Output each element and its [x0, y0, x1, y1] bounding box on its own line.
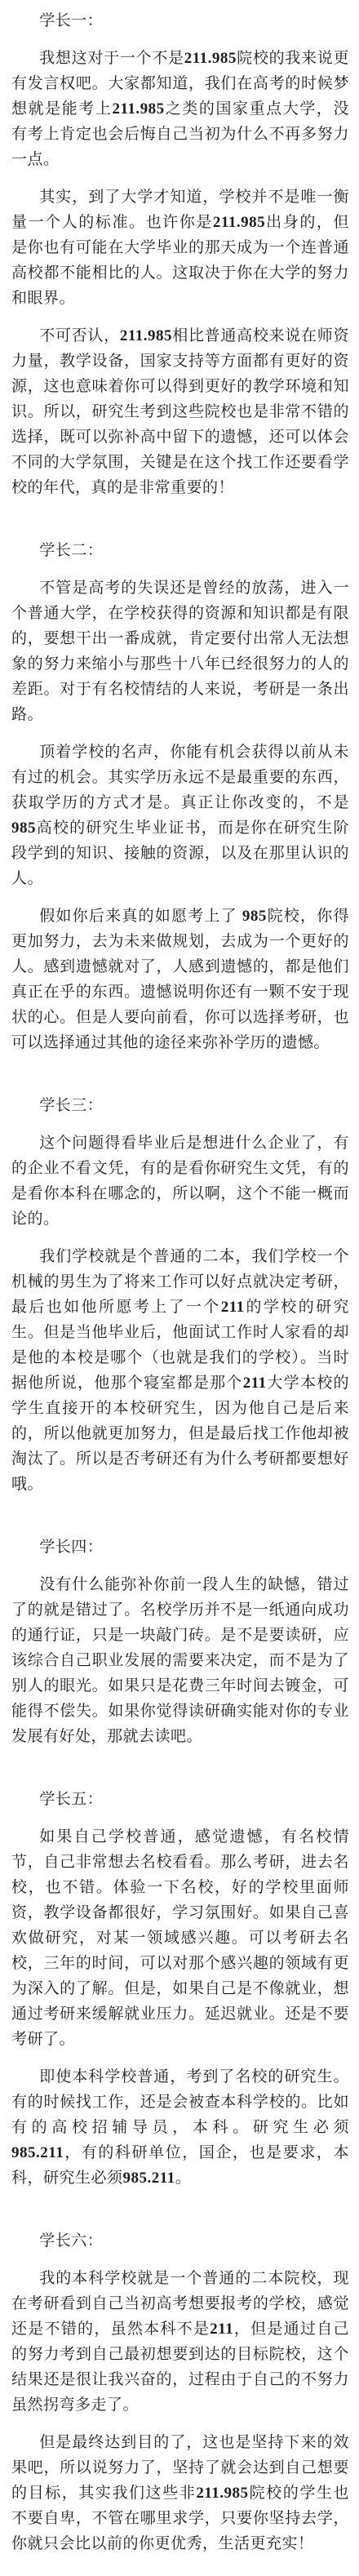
paragraph: 不管是高考的失误还是曾经的放荡，进入一个普通大学，在学校获得的资源和知识都是有限…	[11, 575, 349, 727]
paragraph: 没有什么能弥补你前一段人生的缺憾，错过了的就是错过了。名校学历并不是一纸通向成功…	[11, 1572, 349, 1749]
paragraph: 不可否认，211.985相比普通高校来说在师资力量，教学设备，国家支持等方面都有…	[11, 323, 349, 500]
document: 学长一：我想这对于一个不是211.985院校的我来说更有发言权吧。大家都知道，我…	[0, 0, 359, 2576]
paragraph: 即使本科学校普通，考到了名校的研究生。有的时候找工作，还是会被查本科学校的。比如…	[11, 2064, 349, 2191]
section: 学长三：这个问题得看毕业后是想进什么企业了，有的企业不看文凭，有的是看你研究生文…	[11, 1093, 349, 1497]
bold-number: 211.985	[213, 214, 265, 231]
paragraph: 我的本科学校就是一个普通的二本院校，现在考研看到自己当初高考想要报考的学校，感觉…	[11, 2266, 349, 2418]
section-header: 学长四：	[11, 1534, 349, 1560]
bold-number: 985	[11, 819, 36, 837]
section-header: 学长一：	[11, 8, 349, 33]
bold-number: 211	[243, 1375, 267, 1392]
section: 学长六：我的本科学校就是一个普通的二本院校，现在考研看到自己当初高考想要报考的学…	[11, 2228, 349, 2556]
bold-number: 985.211	[11, 2144, 64, 2161]
section: 学长二：不管是高考的失误还是曾经的放荡，进入一个普通大学，在学校获得的资源和知识…	[11, 538, 349, 1055]
paragraph: 我们学校就是个普通的二本，我们学校一个机械的男生为了将来工作可以好点就决定考研，…	[11, 1244, 349, 1497]
bold-number: 211.985	[120, 327, 172, 344]
section-header: 学长三：	[11, 1093, 349, 1118]
section-header: 学长二：	[11, 538, 349, 563]
bold-number: 985.211	[123, 2170, 175, 2187]
section-header: 学长六：	[11, 2228, 349, 2254]
paragraph: 顶着学校的名声，你能有机会获得以前从未有过的机会。其实学历永远不是最重要的东西，…	[11, 739, 349, 891]
section: 学长四：没有什么能弥补你前一段人生的缺憾，错过了的就是错过了。名校学历并不是一纸…	[11, 1534, 349, 1749]
section: 学长一：我想这对于一个不是211.985院校的我来说更有发言权吧。大家都知道，我…	[11, 8, 349, 500]
bold-number: 211.985	[112, 100, 164, 118]
bold-number: 211.985	[196, 2485, 248, 2502]
paragraph: 这个问题得看毕业后是想进什么企业了，有的企业不看文凭，有的是看你研究生文凭，有的…	[11, 1130, 349, 1232]
bold-number: 211	[210, 2321, 233, 2338]
paragraph: 我想这对于一个不是211.985院校的我来说更有发言权吧。大家都知道，我们在高考…	[11, 46, 349, 172]
paragraph: 如果自己学校普通，感觉遗憾，有名校情节，自己非常想去名校看看。那么考研，进去名校…	[11, 1824, 349, 2052]
paragraph: 但是最终达到目的了，这也是坚持下来的效果吧，所以说努力了，坚持了就会达到自己想要…	[11, 2430, 349, 2556]
bold-number: 211.985	[184, 50, 237, 67]
paragraph: 其实，到了大学才知道，学校并不是唯一衡量一个人的标准。也许你是211.985出身…	[11, 184, 349, 311]
bold-number: 211	[221, 1299, 245, 1316]
section: 学长五：如果自己学校普通，感觉遗憾，有名校情节，自己非常想去名校看看。那么考研，…	[11, 1787, 349, 2191]
paragraph: 假如你后来真的如愿考上了 985院校，你得更加努力，去为未来做规划，去成为一个更…	[11, 904, 349, 1055]
bold-number: 985	[242, 908, 267, 925]
page: { "page": { "background_color": "#ffffff…	[0, 0, 359, 2576]
section-header: 学长五：	[11, 1787, 349, 1812]
